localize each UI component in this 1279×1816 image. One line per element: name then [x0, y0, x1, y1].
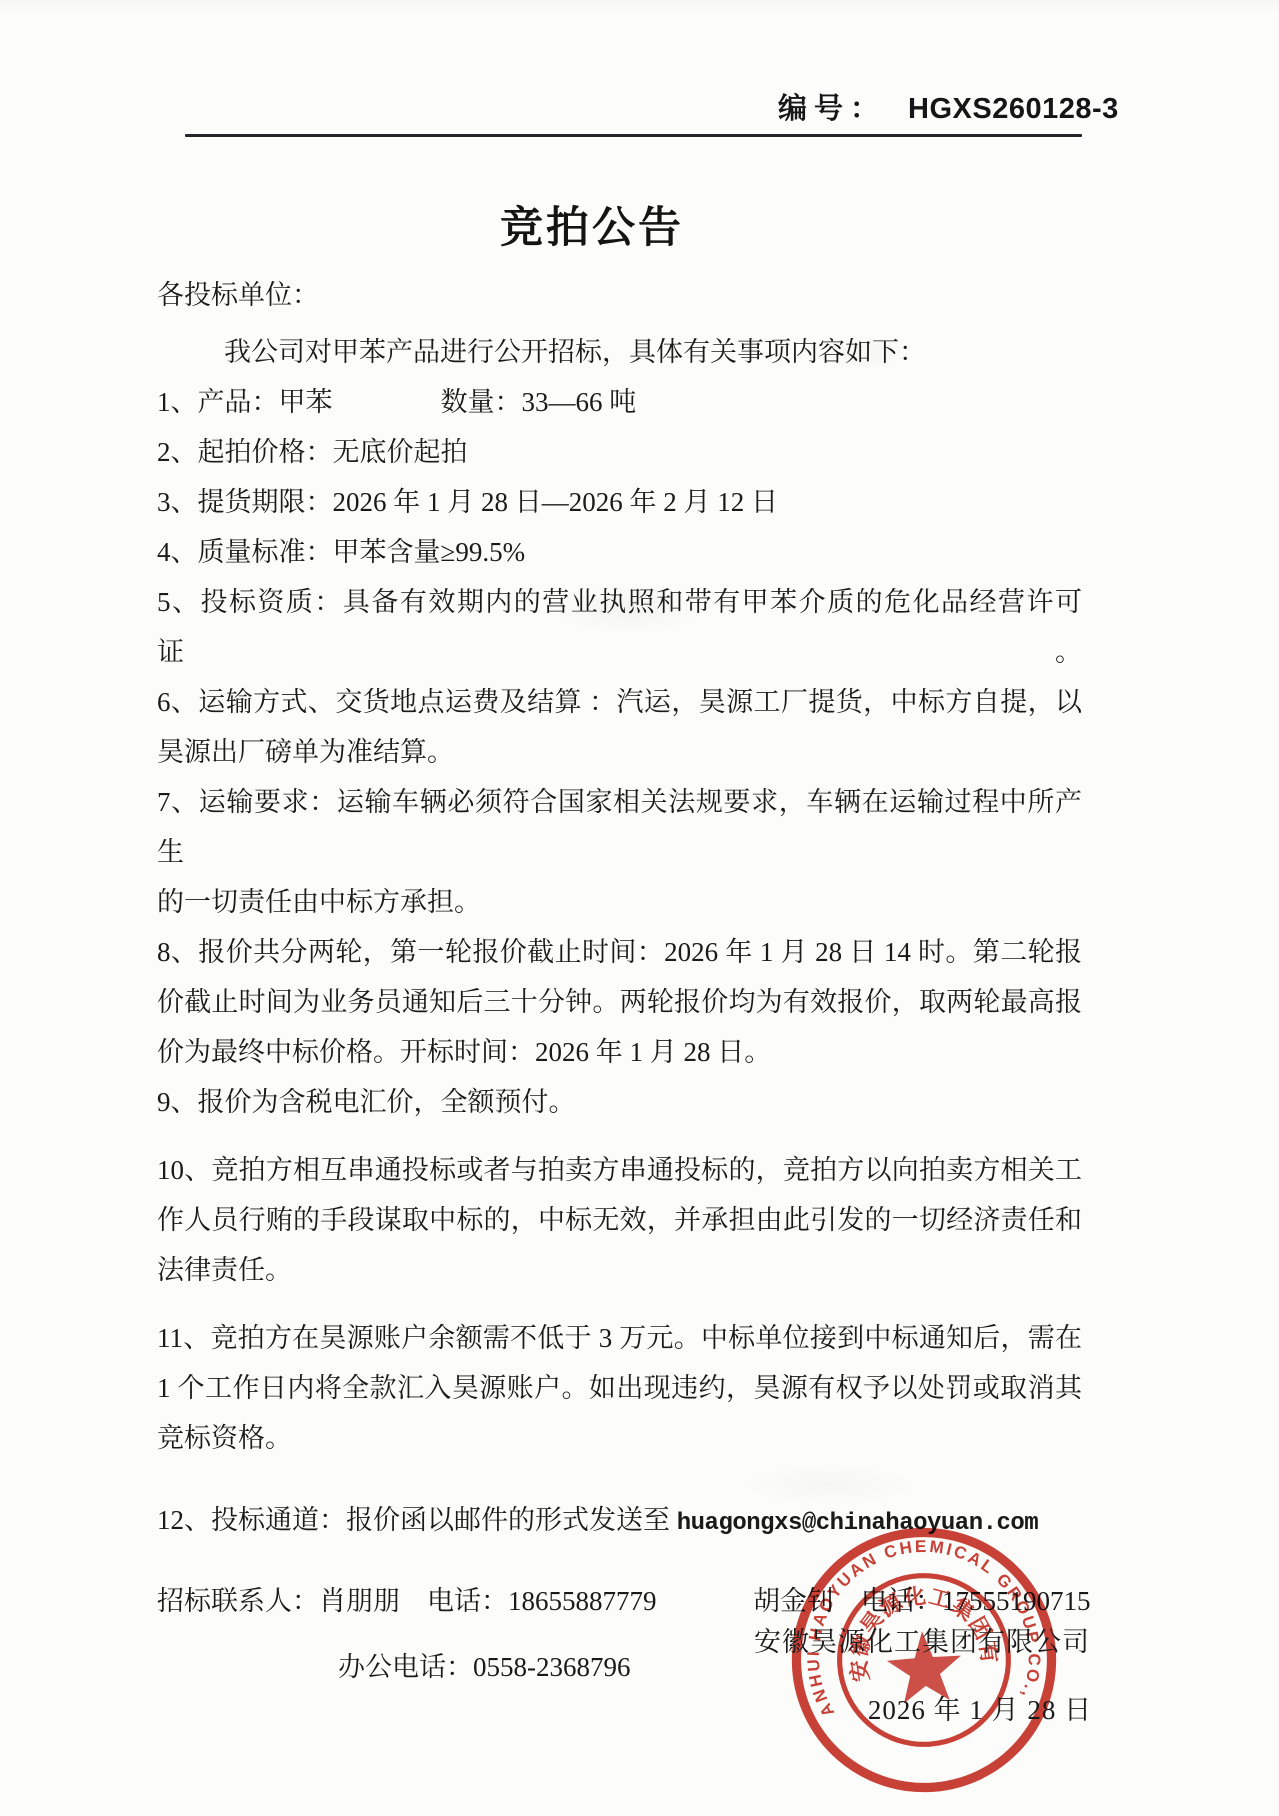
body-paragraph: 8、报价共分两轮，第一轮报价截止时间：2026 年 1 月 28 日 14 时。…: [157, 927, 1082, 1077]
body-line: 9、报价为含税电汇价，全额预付。: [157, 1077, 1082, 1127]
body-line: 7、运输要求：运输车辆必须符合国家相关法规要求，车辆在运输过程中所产生: [157, 777, 1082, 877]
body-line: 6、运输方式、交货地点运费及结算 ：汽运，昊源工厂提货，中标方自提，以: [157, 677, 1082, 727]
body-line: 竞标资格。: [157, 1413, 1082, 1463]
body-line: 1 个工作日内将全款汇入昊源账户。如出现违约，昊源有权予以处罚或取消其: [157, 1363, 1082, 1413]
body-paragraph: 2、起拍价格：无底价起拍: [157, 427, 1082, 477]
company-stamp: ANHUI HAOYUAN CHEMICAL GROUP CO., LTD 安徽…: [770, 1506, 1077, 1813]
header-underline: [185, 134, 1082, 137]
body-line: 价截止时间为业务员通知后三十分钟。两轮报价均为有效报价，取两轮最高报: [157, 977, 1082, 1027]
signature-company: 安徽昊源化工集团有限公司: [642, 1620, 1202, 1659]
body-line: 1、产品：甲苯 数量：33—66 吨: [157, 377, 1082, 427]
body-line: 价为最终中标价格。开标时间：2026 年 1 月 28 日。: [157, 1027, 1082, 1077]
body-line: 8、报价共分两轮，第一轮报价截止时间：2026 年 1 月 28 日 14 时。…: [157, 927, 1082, 977]
body-paragraph: 6、运输方式、交货地点运费及结算 ：汽运，昊源工厂提货，中标方自提，以昊源出厂磅…: [157, 677, 1082, 777]
intro-paragraph: 我公司对甲苯产品进行公开招标，具体有关事项内容如下：: [157, 327, 1082, 377]
body-line: 的一切责任由中标方承担。: [157, 877, 1082, 927]
body-paragraph: 4、质量标准：甲苯含量≥99.5%: [157, 527, 1082, 577]
body-line: 2、起拍价格：无底价起拍: [157, 427, 1082, 477]
body-paragraph: 9、报价为含税电汇价，全额预付。: [157, 1077, 1082, 1127]
doc-number-value: HGXS260128-3: [908, 93, 1119, 125]
body-paragraph: 3、提货期限：2026 年 1 月 28 日—2026 年 2 月 12 日: [157, 477, 1082, 527]
body-line: 5、投标资质：具备有效期内的营业执照和带有甲苯介质的危化品经营许可证。: [157, 577, 1082, 677]
body-line: 作人员行贿的手段谋取中标的，中标无效，并承担由此引发的一切经济责任和: [157, 1195, 1082, 1245]
body-paragraph: 7、运输要求：运输车辆必须符合国家相关法规要求，车辆在运输过程中所产生的一切责任…: [157, 777, 1082, 927]
body-line: 10、竞拍方相互串通投标或者与拍卖方串通投标的，竞拍方以向拍卖方相关工: [157, 1145, 1082, 1195]
body-line: 4、质量标准：甲苯含量≥99.5%: [157, 527, 1082, 577]
body-paragraph: 11、竞拍方在昊源账户余额需不低于 3 万元。中标单位接到中标通知后，需在1 个…: [157, 1313, 1082, 1463]
doc-number: 编号：HGXS260128-3: [778, 90, 1119, 128]
page-title: 竞拍公告: [0, 194, 1184, 255]
doc-number-label: 编号：: [778, 93, 886, 125]
body-paragraph: 10、竞拍方相互串通投标或者与拍卖方串通投标的，竞拍方以向拍卖方相关工作人员行贿…: [157, 1145, 1082, 1295]
item-12-text: 12、投标通道：报价函以邮件的形式发送至: [157, 1505, 677, 1535]
body-line: 3、提货期限：2026 年 1 月 28 日—2026 年 2 月 12 日: [157, 477, 1082, 527]
body-paragraph: 5、投标资质：具备有效期内的营业执照和带有甲苯介质的危化品经营许可证。: [157, 577, 1082, 677]
body-line: 11、竞拍方在昊源账户余额需不低于 3 万元。中标单位接到中标通知后，需在: [157, 1313, 1082, 1363]
document-page: 编号：HGXS260128-3 竞拍公告 各投标单位： 我公司对甲苯产品进行公开…: [0, 0, 1279, 1816]
body-line: 昊源出厂磅单为准结算。: [157, 727, 1082, 777]
body-paragraph: 1、产品：甲苯 数量：33—66 吨: [157, 377, 1082, 427]
salutation: 各投标单位：: [157, 270, 1082, 320]
contact-left: 招标联系人：肖朋朋 电话：18655887779: [157, 1586, 657, 1616]
signature-date: 2026 年 1 月 28 日: [740, 1688, 1220, 1727]
document-body: 各投标单位： 我公司对甲苯产品进行公开招标，具体有关事项内容如下： 1、产品：甲…: [157, 270, 1082, 1692]
body-line: 法律责任。: [157, 1245, 1082, 1295]
numbered-items: 1、产品：甲苯 数量：33—66 吨2、起拍价格：无底价起拍3、提货期限：202…: [157, 377, 1082, 1463]
